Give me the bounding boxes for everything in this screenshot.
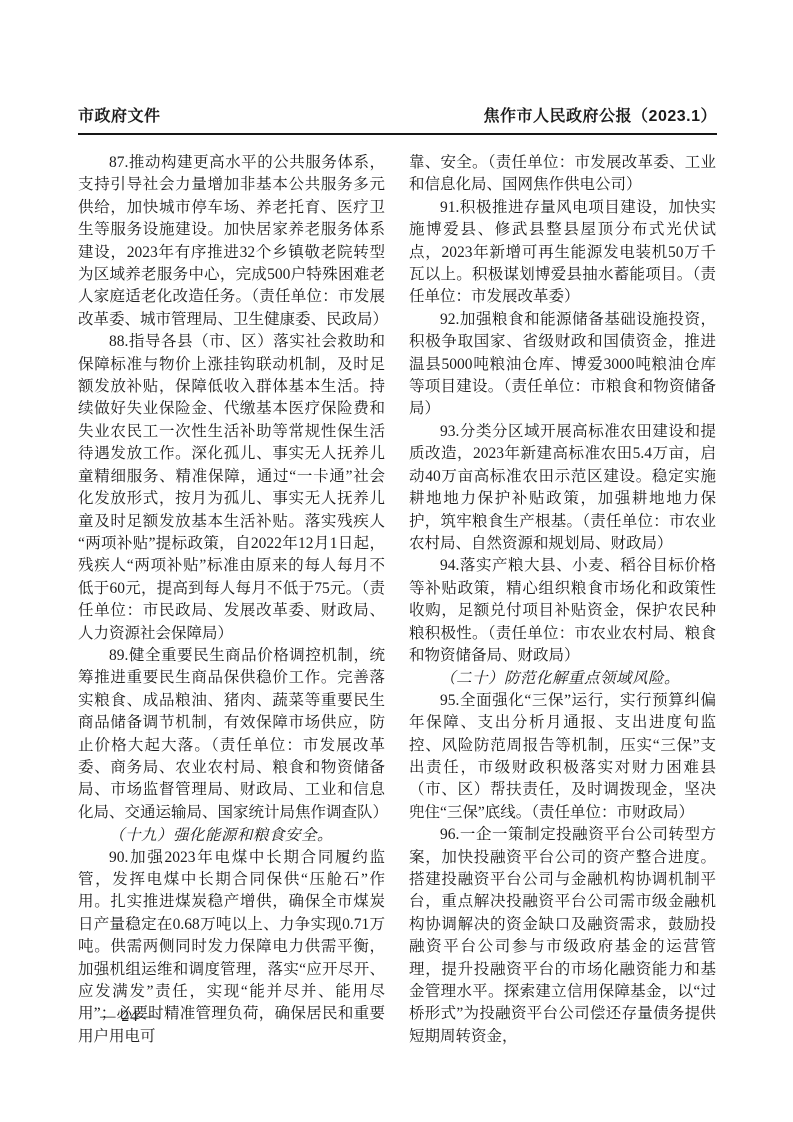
section-heading-19: （十九）强化能源和粮食安全。 xyxy=(78,824,385,846)
paragraph-93: 93.分类分区域开展高标准农田建设和提质改造，2023年新建高标准农田5.4万亩… xyxy=(409,421,716,555)
section-heading-20: （二十）防范化解重点领域风险。 xyxy=(409,667,716,689)
paragraph-88: 88.指导各县（市、区）落实社会救助和保障标准与物价上涨挂钩联动机制，及时足额发… xyxy=(78,331,385,645)
paragraph-96: 96.一企一策制定投融资平台公司转型方案，加快投融资平台公司的资产整合进度。搭建… xyxy=(409,824,716,1048)
left-column: 87.推动构建更高水平的公共服务体系，支持引导社会力量增加非基本公共服务多元供给… xyxy=(78,152,385,1048)
header-gazette-title: 焦作市人民政府公报（2023.1） xyxy=(484,103,717,126)
paragraph-92: 92.加强粮食和能源储备基础设施投资，积极争取国家、省级财政和国债资金，推进温县… xyxy=(409,309,716,421)
paragraph-90-continuation: 靠、安全。（责任单位：市发展改革委、工业和信息化局、国网焦作供电公司） xyxy=(409,152,716,197)
paragraph-91: 91.积极推进存量风电项目建设，加快实施博爱县、修武县整县屋顶分布式光伏试点，2… xyxy=(409,197,716,309)
paragraph-94: 94.落实产粮大县、小麦、稻谷目标价格等补贴政策，精心组织粮食市场化和政策性收购… xyxy=(409,555,716,667)
paragraph-95: 95.全面强化“三保”运行，实行预算纠偏年保障、支出分析月通报、支出进度旬监控、… xyxy=(409,690,716,824)
paragraph-89: 89.健全重要民生商品价格调控机制，统筹推进重要民生商品保供稳价工作。完善落实粮… xyxy=(78,645,385,824)
header-section-label: 市政府文件 xyxy=(78,103,161,126)
page-number: — 24 — xyxy=(100,1008,160,1026)
gazette-page: 市政府文件 焦作市人民政府公报（2023.1） 87.推动构建更高水平的公共服务… xyxy=(0,0,793,1122)
paragraph-87: 87.推动构建更高水平的公共服务体系，支持引导社会力量增加非基本公共服务多元供给… xyxy=(78,152,385,331)
body-columns: 87.推动构建更高水平的公共服务体系，支持引导社会力量增加非基本公共服务多元供给… xyxy=(78,152,717,1048)
right-column: 靠、安全。（责任单位：市发展改革委、工业和信息化局、国网焦作供电公司） 91.积… xyxy=(409,152,716,1048)
page-header: 市政府文件 焦作市人民政府公报（2023.1） xyxy=(78,103,717,135)
